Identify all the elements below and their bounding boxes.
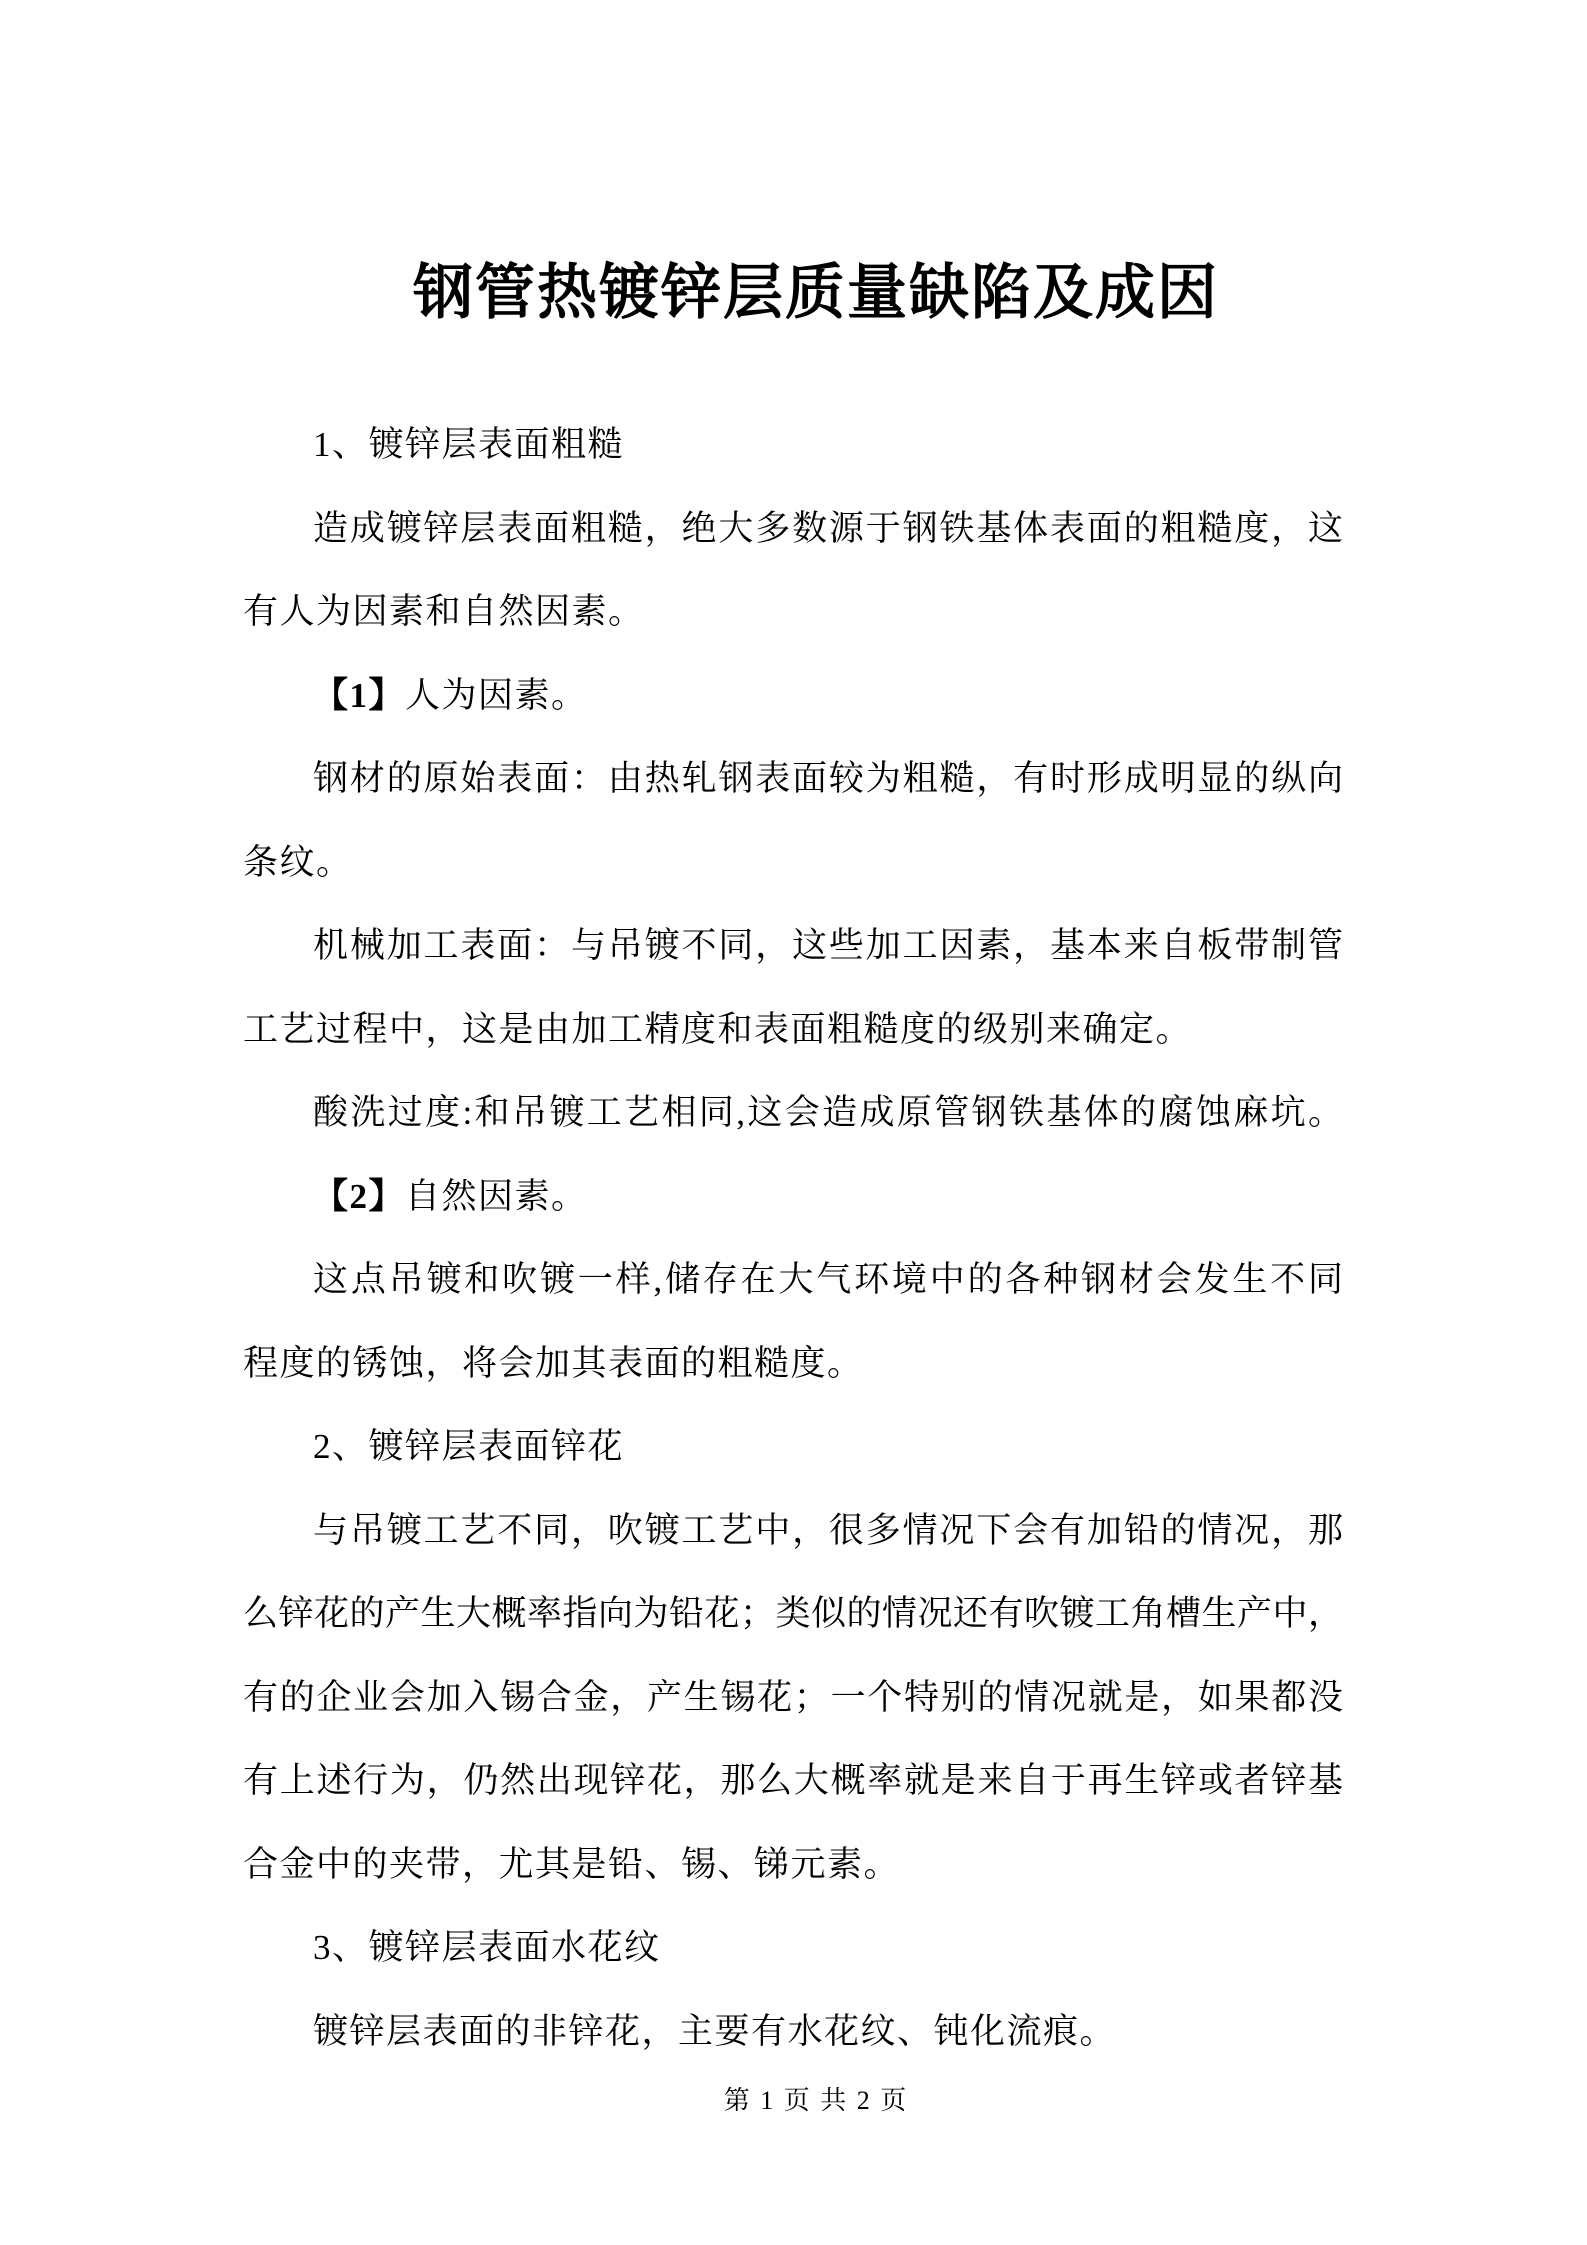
line-text: 与吊镀工艺不同，吹镀工艺中，很多情况下会有加铅的情况，那 [313,1511,1343,1550]
line-text: 钢材的原始表面：由热轧钢表面较为粗糙，有时形成明显的纵向 [313,759,1343,798]
line-text: 酸洗过度:和吊镀工艺相同,这会造成原管钢铁基体的腐蚀麻坑。 [313,1093,1343,1132]
footer-page-number: 第 1 页 共 2 页 [266,2086,1366,2116]
bracket-number-label: 【1】 [313,676,405,715]
line-text: 合金中的夹带，尤其是铅、锡、锑元素。 [243,1845,900,1884]
paragraph-line: 有的企业会加入锡合金，产生锡花；一个特别的情况就是，如果都没 [243,1656,1343,1740]
paragraph-line: 与吊镀工艺不同，吹镀工艺中，很多情况下会有加铅的情况，那 [243,1489,1343,1573]
line-text: 程度的锈蚀，将会加其表面的粗糙度。 [243,1344,864,1383]
document-body: 1、镀锌层表面粗糙 造成镀锌层表面粗糙，绝大多数源于钢铁基体表面的粗糙度，这 有… [243,403,1343,2073]
paragraph-line: 这点吊镀和吹镀一样,储存在大气环境中的各种钢材会发生不同 [243,1238,1343,1322]
paragraph-line: 钢材的原始表面：由热轧钢表面较为粗糙，有时形成明显的纵向 [243,737,1343,821]
paragraph-line: 有人为因素和自然因素。 [243,570,1343,654]
paragraph-line: 【1】人为因素。 [243,654,1343,738]
line-text: 工艺过程中，这是由加工精度和表面粗糙度的级别来确定。 [243,1010,1192,1049]
paragraph-line: 么锌花的产生大概率指向为铅花；类似的情况还有吹镀工角槽生产中， [243,1572,1343,1656]
bracket-number-label: 【2】 [313,1177,405,1216]
line-text: 机械加工表面：与吊镀不同，这些加工因素，基本来自板带制管 [313,926,1343,965]
line-text: 人为因素。 [405,676,588,715]
paragraph-line: 合金中的夹带，尤其是铅、锡、锑元素。 [243,1823,1343,1907]
paragraph-line: 机械加工表面：与吊镀不同，这些加工因素，基本来自板带制管 [243,904,1343,988]
line-text: 这点吊镀和吹镀一样,储存在大气环境中的各种钢材会发生不同 [313,1260,1343,1299]
line-text: 有人为因素和自然因素。 [243,592,645,631]
paragraph-line: 酸洗过度:和吊镀工艺相同,这会造成原管钢铁基体的腐蚀麻坑。 [243,1071,1343,1155]
line-text: 么锌花的产生大概率指向为铅花；类似的情况还有吹镀工角槽生产中， [243,1594,1343,1633]
paragraph-line: 镀锌层表面的非锌花，主要有水花纹、钝化流痕。 [243,1990,1343,2074]
paragraph-line: 程度的锈蚀，将会加其表面的粗糙度。 [243,1322,1343,1406]
section-heading-line: 2、镀锌层表面锌花 [243,1405,1343,1489]
line-text: 造成镀锌层表面粗糙，绝大多数源于钢铁基体表面的粗糙度，这 [313,509,1343,548]
paragraph-line: 【2】自然因素。 [243,1155,1343,1239]
line-text: 1、镀锌层表面粗糙 [313,425,624,464]
line-text: 自然因素。 [405,1177,588,1216]
paragraph-line: 有上述行为，仍然出现锌花，那么大概率就是来自于再生锌或者锌基 [243,1739,1343,1823]
line-text: 有上述行为，仍然出现锌花，那么大概率就是来自于再生锌或者锌基 [243,1761,1343,1800]
line-text: 2、镀锌层表面锌花 [313,1427,624,1466]
line-text: 镀锌层表面的非锌花，主要有水花纹、钝化流痕。 [313,2012,1116,2051]
section-heading-line: 1、镀锌层表面粗糙 [243,403,1343,487]
paragraph-line: 工艺过程中，这是由加工精度和表面粗糙度的级别来确定。 [243,988,1343,1072]
document-page: 钢管热镀锌层质量缺陷及成因 1、镀锌层表面粗糙 造成镀锌层表面粗糙，绝大多数源于… [0,0,1587,2245]
page-title: 钢管热镀锌层质量缺陷及成因 [266,256,1366,330]
line-text: 条纹。 [243,843,353,882]
line-text: 有的企业会加入锡合金，产生锡花；一个特别的情况就是，如果都没 [243,1678,1343,1717]
paragraph-line: 条纹。 [243,821,1343,905]
line-text: 3、镀锌层表面水花纹 [313,1928,661,1967]
paragraph-line: 造成镀锌层表面粗糙，绝大多数源于钢铁基体表面的粗糙度，这 [243,487,1343,571]
section-heading-line: 3、镀锌层表面水花纹 [243,1906,1343,1990]
